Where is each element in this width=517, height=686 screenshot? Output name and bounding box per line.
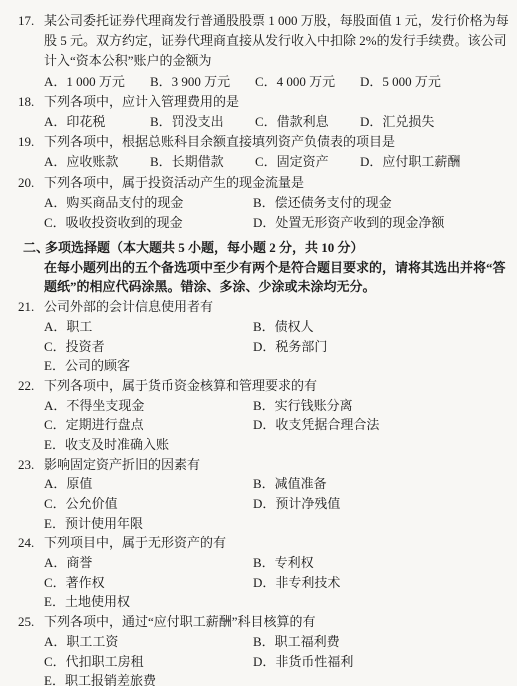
question-23-stem-line-1: 23.影响固定资产折旧的因素有 xyxy=(0,455,517,475)
section-2-title: 多项选择题（本大题共 5 小题，每小题 2 分，共 10 分） xyxy=(45,240,364,255)
option-q25-d: D．非货币性福利 xyxy=(253,654,353,669)
section-2-header: 二、多项选择题（本大题共 5 小题，每小题 2 分，共 10 分） xyxy=(0,238,517,258)
option-q22-d: D．收支凭据合理合法 xyxy=(253,417,379,432)
question-20-options-row-1: A．购买商品支付的现金B．偿还债务支付的现金 xyxy=(0,193,517,213)
option-q17-c: C．4 000 万元 xyxy=(255,72,360,92)
question-22-stem-text: 下列各项中，属于货币资金核算和管理要求的有 xyxy=(44,378,317,393)
question-21-options-row-3: E．公司的顾客 xyxy=(0,356,517,376)
question-21-number: 21. xyxy=(18,297,44,317)
question-24-number: 24. xyxy=(18,533,44,553)
question-17-stem-line-2: 股 5 元。双方约定，证券代理商直接从发行收入中扣除 2%的发行手续费。该公司 xyxy=(0,31,517,51)
option-q20-d: D．处置无形资产收到的现金净额 xyxy=(253,215,444,230)
option-q23-c: C．公允价值 xyxy=(44,494,253,514)
question-23-options-row-2: C．公允价值D．预计净残值 xyxy=(0,494,517,514)
question-20-stem-line-1: 20.下列各项中，属于投资活动产生的现金流量是 xyxy=(0,173,517,193)
question-25-options-row-1: A．职工工资B．职工福利费 xyxy=(0,632,517,652)
option-q23-e: E．预计使用年限 xyxy=(44,516,143,531)
question-19-stem-text: 下列各项中，根据总账科目余额直接填列资产负债表的项目是 xyxy=(44,134,395,149)
question-22-options-row-2: C．定期进行盘点D．收支凭据合理合法 xyxy=(0,415,517,435)
question-20-options-row-2: C．吸收投资收到的现金D．处置无形资产收到的现金净额 xyxy=(0,213,517,233)
question-24-options-row-2: C．著作权D．非专利技术 xyxy=(0,573,517,593)
option-q25-c: C．代扣职工房租 xyxy=(44,652,253,672)
question-19-stem-line-1: 19.下列各项中，根据总账科目余额直接填列资产负债表的项目是 xyxy=(0,132,517,152)
question-20-number: 20. xyxy=(18,173,44,193)
section-2-instruction-line-2: 题纸”的相应代码涂黑。错涂、多涂、少涂或未涂均无分。 xyxy=(0,277,517,297)
option-q23-b: B．减值准备 xyxy=(253,476,327,491)
option-q20-c: C．吸收投资收到的现金 xyxy=(44,213,253,233)
question-17-stem-line-1: 17.某公司委托证券代理商发行普通股股票 1 000 万股，每股面值 1 元，发… xyxy=(0,11,517,31)
question-25-options-row-2: C．代扣职工房租D．非货币性福利 xyxy=(0,652,517,672)
section-2-instruction-line-1: 在每小题列出的五个备选项中至少有两个是符合题目要求的，请将其选出并将“答 xyxy=(0,258,517,278)
question-22-stem-line-1: 22.下列各项中，属于货币资金核算和管理要求的有 xyxy=(0,376,517,396)
question-23-stem-text: 影响固定资产折旧的因素有 xyxy=(44,457,200,472)
option-q21-b: B．债权人 xyxy=(253,319,314,334)
option-q25-a: A．职工工资 xyxy=(44,632,253,652)
question-24-stem-text: 下列项目中，属于无形资产的有 xyxy=(44,535,226,550)
question-22-options-row-1: A．不得坐支现金B．实行钱账分离 xyxy=(0,396,517,416)
question-21-options-row-1: A．职工B．债权人 xyxy=(0,317,517,337)
option-q22-a: A．不得坐支现金 xyxy=(44,396,253,416)
option-q21-c: C．投资者 xyxy=(44,337,253,357)
option-q19-d: D．应付职工薪酬 xyxy=(360,154,460,169)
question-17-number: 17. xyxy=(18,11,44,31)
question-19-options-row: A．应收账款B．长期借款C．固定资产D．应付职工薪酬 xyxy=(0,152,517,172)
question-24-options-row-3: E．土地使用权 xyxy=(0,592,517,612)
question-17-stem-text-1: 某公司委托证券代理商发行普通股股票 1 000 万股，每股面值 1 元，发行价格… xyxy=(44,13,509,28)
option-q19-c: C．固定资产 xyxy=(255,152,360,172)
option-q17-b: B．3 900 万元 xyxy=(150,72,255,92)
option-q24-c: C．著作权 xyxy=(44,573,253,593)
option-q18-a: A．印花税 xyxy=(44,112,150,132)
question-22-number: 22. xyxy=(18,376,44,396)
section-2-marker: 二、 xyxy=(23,238,45,258)
question-21-stem-line-1: 21.公司外部的会计信息使用者有 xyxy=(0,297,517,317)
exam-content: 17.某公司委托证券代理商发行普通股股票 1 000 万股，每股面值 1 元，发… xyxy=(0,11,517,686)
option-q24-d: D．非专利技术 xyxy=(253,575,340,590)
question-23-options-row-1: A．原值B．减值准备 xyxy=(0,474,517,494)
question-25-stem-line-1: 25.下列各项中，通过“应付职工薪酬”科目核算的有 xyxy=(0,612,517,632)
option-q18-d: D．汇兑损失 xyxy=(360,114,434,129)
question-18-options-row: A．印花税B．罚没支出C．借款利息D．汇兑损失 xyxy=(0,112,517,132)
exam-paper-page: 17.某公司委托证券代理商发行普通股股票 1 000 万股，每股面值 1 元，发… xyxy=(0,0,517,686)
option-q24-e: E．土地使用权 xyxy=(44,594,130,609)
option-q21-d: D．税务部门 xyxy=(253,339,327,354)
option-q23-a: A．原值 xyxy=(44,474,253,494)
option-q21-e: E．公司的顾客 xyxy=(44,358,130,373)
question-25-stem-text: 下列各项中，通过“应付职工薪酬”科目核算的有 xyxy=(44,614,316,629)
option-q22-e: E．收支及时准确入账 xyxy=(44,437,169,452)
option-q20-a: A．购买商品支付的现金 xyxy=(44,193,253,213)
option-q22-c: C．定期进行盘点 xyxy=(44,415,253,435)
question-19-number: 19. xyxy=(18,132,44,152)
option-q23-d: D．预计净残值 xyxy=(253,496,340,511)
question-24-options-row-1: A．商誉B．专利权 xyxy=(0,553,517,573)
option-q22-b: B．实行钱账分离 xyxy=(253,398,353,413)
option-q24-a: A．商誉 xyxy=(44,553,253,573)
question-24-stem-line-1: 24.下列项目中，属于无形资产的有 xyxy=(0,533,517,553)
question-18-stem-text: 下列各项中，应计入管理费用的是 xyxy=(44,94,239,109)
option-q19-b: B．长期借款 xyxy=(150,152,255,172)
question-23-options-row-3: E．预计使用年限 xyxy=(0,514,517,534)
option-q19-a: A．应收账款 xyxy=(44,152,150,172)
question-17-stem-line-3: 计入“资本公积”账户的金额为 xyxy=(0,51,517,71)
option-q17-d: D．5 000 万元 xyxy=(360,74,441,89)
question-18-stem-line-1: 18.下列各项中，应计入管理费用的是 xyxy=(0,92,517,112)
option-q20-b: B．偿还债务支付的现金 xyxy=(253,195,392,210)
question-21-stem-text: 公司外部的会计信息使用者有 xyxy=(44,299,213,314)
option-q25-e: E．职工报销差旅费 xyxy=(44,673,156,686)
question-25-number: 25. xyxy=(18,612,44,632)
option-q21-a: A．职工 xyxy=(44,317,253,337)
option-q25-b: B．职工福利费 xyxy=(253,634,340,649)
option-q17-a: A．1 000 万元 xyxy=(44,72,150,92)
option-q24-b: B．专利权 xyxy=(253,555,314,570)
question-21-options-row-2: C．投资者D．税务部门 xyxy=(0,337,517,357)
option-q18-c: C．借款利息 xyxy=(255,112,360,132)
question-25-options-row-3: E．职工报销差旅费 xyxy=(0,671,517,686)
question-20-stem-text: 下列各项中，属于投资活动产生的现金流量是 xyxy=(44,175,304,190)
option-q18-b: B．罚没支出 xyxy=(150,112,255,132)
question-22-options-row-3: E．收支及时准确入账 xyxy=(0,435,517,455)
question-17-options-row: A．1 000 万元B．3 900 万元C．4 000 万元D．5 000 万元 xyxy=(0,72,517,92)
question-23-number: 23. xyxy=(18,455,44,475)
question-18-number: 18. xyxy=(18,92,44,112)
